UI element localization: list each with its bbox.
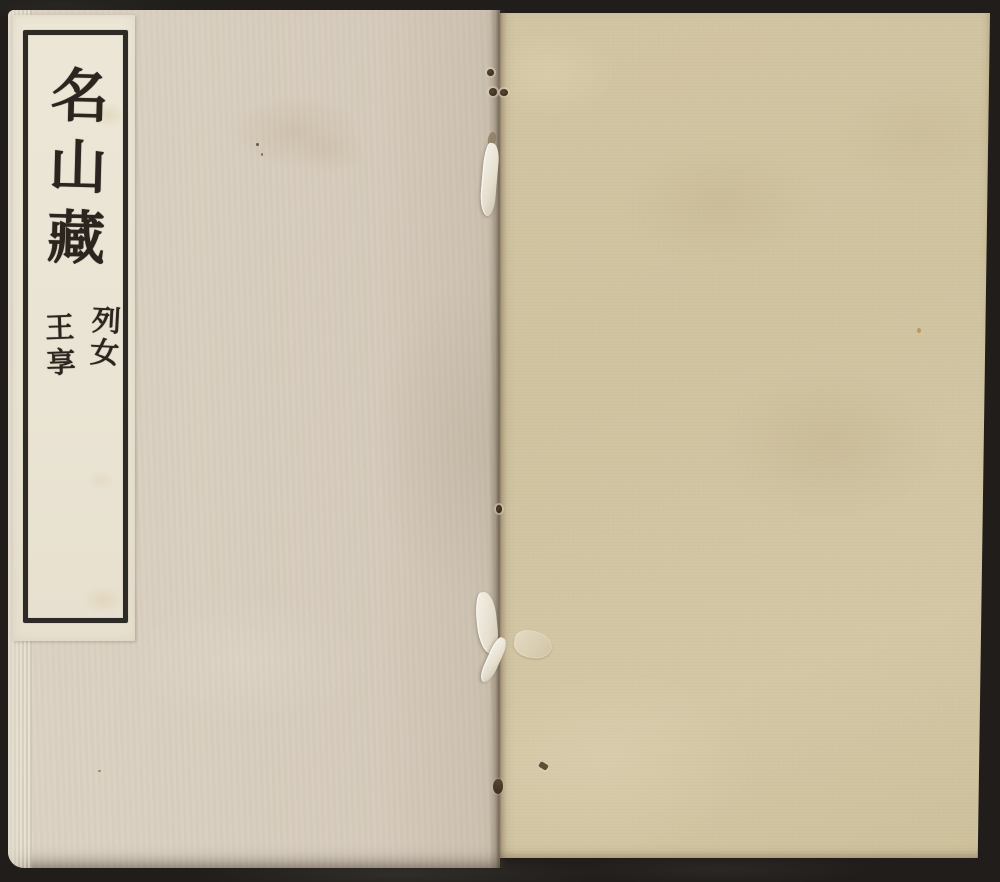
book-cover: 名山藏 列女 王享 — [8, 10, 500, 868]
title-label: 名山藏 列女 王享 — [13, 15, 135, 641]
ink-speck — [261, 153, 263, 156]
wormhole — [496, 505, 502, 513]
book-scan: 名山藏 列女 王享 — [0, 0, 1000, 882]
wormhole — [489, 88, 497, 96]
facing-page — [500, 13, 990, 858]
label-subtitle-left: 王享 — [43, 312, 74, 383]
label-main-title: 名山藏 — [41, 64, 105, 278]
label-subtitle-right: 列女 — [87, 304, 119, 369]
binding-notch — [493, 779, 503, 794]
wormhole — [487, 69, 494, 76]
ink-speck — [98, 770, 101, 772]
ink-speck — [256, 143, 259, 146]
wormhole — [500, 89, 508, 96]
foxing-spot — [917, 328, 921, 333]
